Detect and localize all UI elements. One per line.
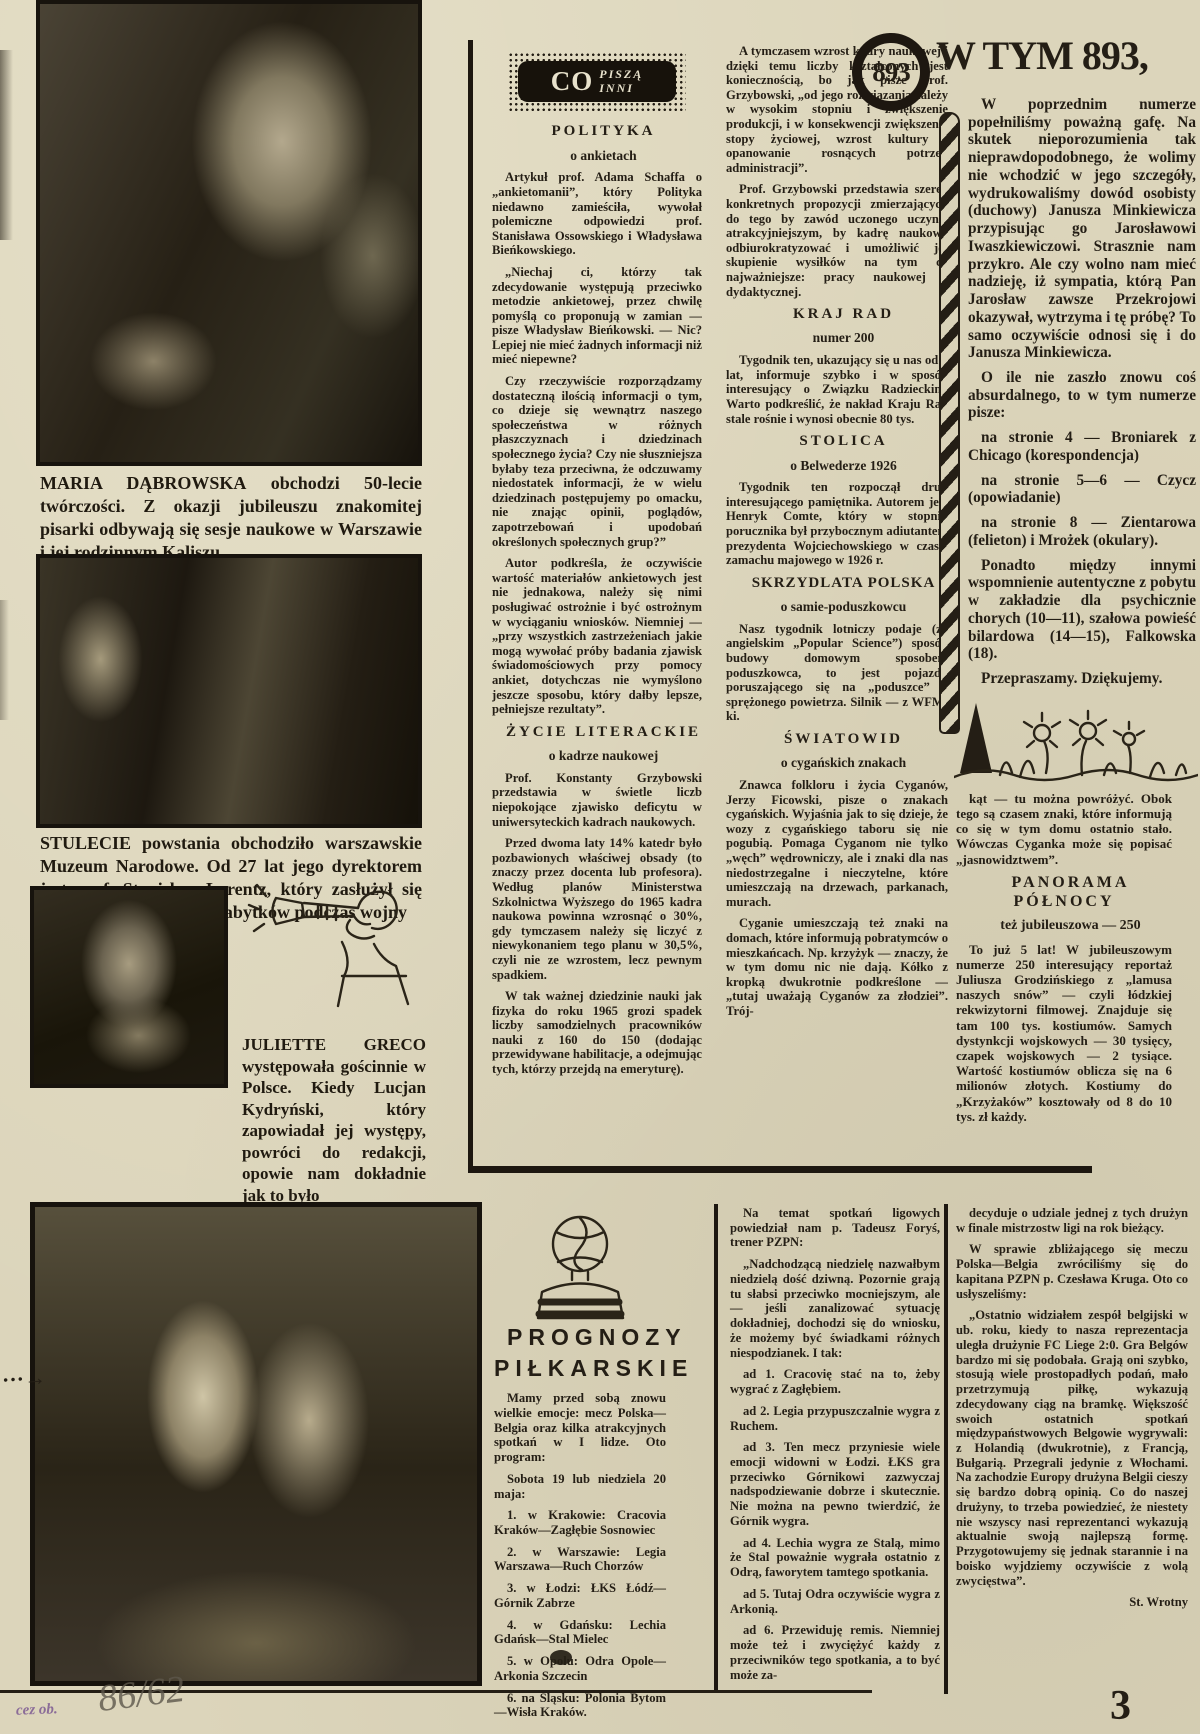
paragraph: Cyganie umieszczają też znaki na domach,… (726, 916, 948, 1018)
paragraph: Autor podkreśla, że oczywiście wartość m… (492, 556, 702, 717)
bold-name: Iwaszkiewiczowi. (968, 238, 1081, 255)
author-signature: St. Wrotny (956, 1595, 1188, 1610)
paragraph: O ile nie zaszło znowu coś absurdalnego,… (968, 369, 1196, 422)
paragraph: Czy rzeczywiście rozporządzamy dostatecz… (492, 374, 702, 549)
section-divider-bar (468, 1166, 1092, 1173)
page-number: 3 (1110, 1682, 1131, 1730)
paragraph: ad 4. Lechia wygra ze Stalą, mimo że Sta… (730, 1536, 940, 1580)
photo-cyclists (30, 1202, 482, 1686)
paragraph: To już 5 lat! W jubileuszowym numerze 25… (956, 942, 1172, 1124)
section-subheader-zycie: o kadrze naukowej (492, 748, 702, 764)
margin-arrow-doodle: ···→ (1, 1364, 47, 1393)
column-divider (714, 1204, 718, 1690)
paragraph: Mamy przed sobą znowu wielkie emocje: me… (494, 1391, 666, 1465)
paragraph: Prof. Grzybowski przedstawia szereg konk… (726, 182, 948, 299)
scan-smudge (0, 50, 13, 240)
paragraph: „Nadchodzącą niedzielę nazwałbym niedzie… (730, 1257, 940, 1360)
scan-smudge (0, 600, 9, 720)
paragraph: ad 5. Tutaj Odra oczywiście wygra z Arko… (730, 1587, 940, 1616)
section-header-panorama-polnocy: PANORAMA PÓŁNOCY (956, 874, 1172, 911)
paragraph: „Ostatnio widziałem zespół belgijski w u… (956, 1308, 1188, 1588)
section-header-skrzydlata-polska: SKRZYDLATA POLSKA (726, 575, 948, 592)
column-divider (944, 1204, 948, 1694)
text-segment: na (981, 514, 1011, 531)
fixture-item: 3. w Łodzi: ŁKS Łódź—Górnik Zabrze (494, 1581, 666, 1610)
co-pisza-inni-logo: CO PISZĄINNI (508, 52, 686, 111)
fixture-item: 2. w Warszawie: Legia Warszawa—Ruch Chor… (494, 1545, 666, 1574)
handwritten-number: 86/62 (96, 1667, 187, 1721)
fixture-item: 1. w Krakowie: Cracovia Kraków—Zagłębie … (494, 1508, 666, 1537)
paragraph: kąt — tu można powróżyć. Obok tego są cz… (956, 791, 1172, 867)
text-segment: W poprzednim numerze popełniliśmy poważn… (968, 96, 1196, 219)
section-header-polityka: POLITYKA (492, 123, 702, 140)
text-segment: przypisując go Jarosławowi (968, 220, 1196, 237)
caption-lead: STULECIE (40, 833, 131, 853)
section-subheader-polityka: o ankietach (492, 148, 702, 164)
right-column: W poprzednim numerze popełniliśmy poważn… (956, 96, 1198, 1131)
magazine-page: MARIA DĄBROWSKA obchodzi 50-lecie twórcz… (0, 0, 1200, 1734)
caption-maria-dabrowska: MARIA DĄBROWSKA obchodzi 50-lecie twórcz… (40, 472, 422, 563)
paragraph: ad 2. Legia przypuszczalnie wygra z Ruch… (730, 1404, 940, 1433)
section-header-swiatowid: ŚWIATOWID (726, 731, 948, 748)
trumpeter-doodle-icon (246, 856, 426, 1020)
handwritten-stamp: cez ob. (16, 1701, 58, 1719)
paragraph: Na temat spotkań ligowych powiedział nam… (730, 1206, 940, 1250)
issue-badge-893: 893 (852, 33, 930, 111)
paragraph: W tak ważnej dziedzinie nauki jak fizyka… (492, 989, 702, 1077)
photo-museum-stulecie (36, 554, 422, 828)
photo-maria-dabrowska (36, 0, 422, 466)
text-segment: na (981, 429, 1009, 446)
paragraph: Znawca folkloru i życia Cyganów, Jerzy F… (726, 778, 948, 909)
caption-lead: JULIETTE GRECO (242, 1035, 426, 1054)
fixture-item: 4. w Gdańsku: Lechia Gdańsk—Stal Mielec (494, 1618, 666, 1647)
fixture-item: 5. w Opolu: Odra Opole—Arkonia Szczecin (494, 1654, 666, 1683)
paragraph: W sprawie zbliżającego się meczu Polska—… (956, 1242, 1188, 1301)
flowers-grass-doodle-icon (954, 695, 1198, 787)
paragraph: ad 3. Ten mecz przyniesie wiele emocji w… (730, 1440, 940, 1528)
paragraph: Przepraszamy. Dziękujemy. (968, 670, 1196, 688)
section-subheader-stolica: o Belwederze 1926 (726, 458, 948, 474)
paragraph: Przed dwoma laty 14% katedr było pozbawi… (492, 836, 702, 982)
fixture-item: 6. na Śląsku: Polonia Bytom—Wisła Kraków… (494, 1691, 666, 1720)
paragraph: Nasz tygodnik lotniczy podaje (za angiel… (726, 622, 948, 724)
section-subheader-kraj-rad: numer 200 (726, 330, 948, 346)
section-header-kraj-rad: KRAJ RAD (726, 306, 948, 323)
w-tym-text: W poprzednim numerze popełniliśmy poważn… (968, 96, 1196, 688)
co-pisza-inni-left-column: CO PISZĄINNI POLITYKA o ankietach Artyku… (492, 50, 702, 1164)
page-ref: stronie 4 (1009, 429, 1073, 446)
issue-number: 893 (872, 57, 910, 88)
paragraph: decyduje o udziale jednej z tych drużyn … (956, 1206, 1188, 1235)
section-subheader-skrzydlata: o samie-poduszkowcu (726, 599, 948, 615)
paragraph: „Niechaj ci, którzy tak zdecydowanie wys… (492, 265, 702, 367)
toc-item: na stronie 8 — Zientarowa (felieton) i M… (968, 514, 1196, 549)
co-pisza-inni-logo-inner: CO PISZĄINNI (518, 61, 676, 102)
section-header-stolica: STOLICA (726, 433, 948, 450)
logo-word-co: CO (551, 66, 594, 97)
page-ref: (10—11), (1025, 610, 1084, 627)
section-header-zycie-literackie: ŻYCIE LITERACKIE (492, 724, 702, 741)
paragraph: Artykuł prof. Adama Schaffa o „ankietoma… (492, 170, 702, 258)
toc-item: na stronie 5—6 — Czycz (opowiadanie) (968, 472, 1196, 507)
w-tym-headline: W TYM 893, (936, 36, 1200, 76)
paragraph: Prof. Konstanty Grzybowski przedstawia w… (492, 771, 702, 829)
toc-item: na stronie 4 — Broniarek z Chicago (kore… (968, 429, 1196, 464)
paragraph: Tygodnik ten, ukazujący się u nas od 5 l… (726, 353, 948, 426)
prognozy-column: PROGNOZYPIŁKARSKIE Mamy przed sobą znowu… (494, 1210, 666, 1727)
paragraph: Tygodnik ten rozpoczął druk interesujące… (726, 480, 948, 568)
page-ref: stronie 5—6 (1014, 472, 1107, 489)
interview-right-column: decyduje o udziale jednej z tych drużyn … (956, 1206, 1188, 1617)
paragraph: ad 6. Przewiduję remis. Niemniej może te… (730, 1623, 940, 1682)
paragraph: Ponadto między innymi wspomnienie autent… (968, 557, 1196, 663)
photo-juliette-greco (30, 886, 228, 1088)
prognozy-title: PROGNOZYPIŁKARSKIE (494, 1322, 666, 1384)
logo-word-pisza: PISZĄ (599, 68, 643, 81)
paragraph: W poprzednim numerze popełniliśmy poważn… (968, 96, 1196, 362)
section-subheader-swiatowid: o cygańskich znakach (726, 755, 948, 771)
text-segment: Strasznie nam przykro. Ale czy wolno nam… (968, 238, 1196, 361)
panorama-section: kąt — tu można powróżyć. Obok tego są cz… (956, 791, 1172, 1124)
football-head-bust-icon (516, 1210, 644, 1322)
caption-text: występowała gościnnie w Polsce. Kiedy Lu… (242, 1057, 426, 1205)
paragraph: ad 1. Cracovię stać na to, żeby wygrać z… (730, 1367, 940, 1396)
logo-word-inni: INNI (599, 82, 643, 95)
interview-middle-column: Na temat spotkań ligowych powiedział nam… (730, 1206, 940, 1689)
text-segment: na (981, 472, 1014, 489)
section-subheader-panorama: też jubileuszowa — 250 (956, 918, 1172, 934)
page-ref: stronie 8 (1011, 514, 1077, 531)
title-line: PROGNOZY (507, 1324, 687, 1350)
paragraph: Sobota 19 lub niedziela 20 maja: (494, 1472, 666, 1501)
co-pisza-inni-right-column: A tymczasem wzrost kadry naukowej i dzię… (726, 44, 948, 1164)
caption-juliette-greco: JULIETTE GRECO występowała gościnnie w P… (242, 1034, 426, 1207)
bold-name: Minkiewicza (1113, 202, 1196, 219)
title-line: PIŁKARSKIE (494, 1355, 693, 1381)
logo-words-pisza-inni: PISZĄINNI (599, 68, 643, 94)
caption-lead: MARIA DĄBROWSKA (40, 473, 246, 493)
ink-blot (550, 1650, 572, 1665)
